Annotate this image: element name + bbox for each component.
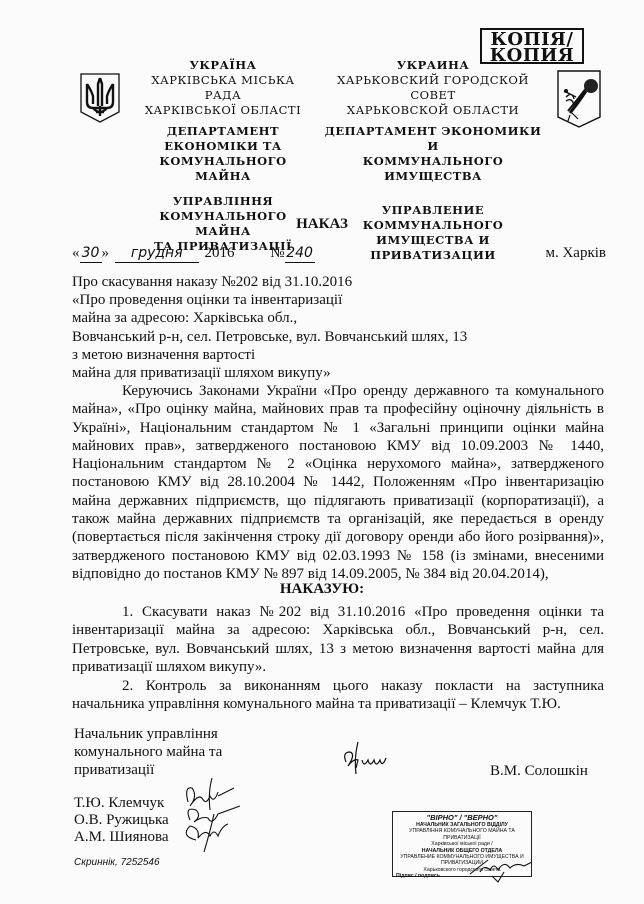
number-label: № — [270, 245, 284, 261]
subject-line: з метою визначення вартості — [72, 346, 467, 364]
preamble-paragraph: Керуючись Законами України «Про оренду д… — [72, 382, 604, 583]
header-left-department-1: ДЕПАРТАМЕНТ — [138, 124, 308, 139]
header-right-department-1: ДЕПАРТАМЕНТ ЭКОНОМИКИ И — [322, 124, 544, 154]
header-left-country: УКРАЇНА — [138, 58, 308, 73]
date-day: 30 — [80, 244, 102, 263]
verno-stamp-line: УПРАВЛІННЯ КОМУНАЛЬНОГО МАЙНА ТА ПРИВАТИ… — [393, 828, 531, 841]
order-number: 240 — [285, 244, 315, 263]
header-left-department-3: КОМУНАЛЬНОГО МАЙНА — [138, 154, 308, 184]
signatory-title: Начальник управління комунального майна … — [74, 725, 222, 779]
ukraine-coat-of-arms-icon — [79, 72, 121, 124]
header-left-office-1: УПРАВЛІННЯ — [138, 194, 308, 209]
date-quote-open: « — [72, 245, 80, 261]
order-subject: Про скасування наказу №202 від 31.10.201… — [72, 273, 467, 382]
copy-stamp: КОПІЯ/ КОПИЯ — [480, 28, 584, 64]
header-left-department-2: ЕКОНОМІКИ ТА — [138, 139, 308, 154]
approvers-list: Т.Ю. Клемчук О.В. Ружицька А.М. Шиянова — [74, 795, 169, 846]
header-right-council-1: ХАРЬКОВСКИЙ ГОРОДСКОЙ СОВЕТ — [322, 73, 544, 103]
approver-name: А.М. Шиянова — [74, 829, 169, 846]
subject-line: майна за адресою: Харківська обл., — [72, 309, 467, 327]
subject-line: майна для приватизації шляхом викупу» — [72, 364, 467, 382]
header-left-council-2: ХАРКІВСЬКОЇ ОБЛАСТІ — [138, 103, 308, 118]
date-line: «30» грудня 2016 №240 м. Харків — [72, 244, 606, 263]
signatory-title-line: Начальник управління — [74, 725, 222, 743]
copy-stamp-line-2: КОПИЯ — [482, 48, 582, 64]
document-title: НАКАЗ — [0, 216, 644, 233]
subject-line: «Про проведення оцінки та інвентаризації — [72, 291, 467, 309]
signatory-name: В.М. Солошкін — [490, 763, 588, 780]
handwritten-signature-icon — [340, 738, 390, 778]
stamp-signature-icon — [466, 850, 536, 884]
decree-item-2: 2. Контроль за виконанням цього наказу п… — [72, 677, 604, 714]
header-right-council-2: ХАРЬКОВСКОЙ ОБЛАСТИ — [322, 103, 544, 118]
approver-name: О.В. Ружицька — [74, 812, 169, 829]
approver-signatures-icon — [168, 776, 258, 856]
decree-heading: НАКАЗУЮ: — [0, 581, 644, 598]
approver-name: Т.Ю. Клемчук — [74, 795, 169, 812]
date-month: грудня — [115, 244, 199, 263]
executor-info: Скриннік, 7252546 — [74, 857, 160, 868]
subject-line: Про скасування наказу №202 від 31.10.201… — [72, 273, 467, 291]
subject-line: Вовчанський р-н, сел. Петровське, вул. В… — [72, 328, 467, 346]
verno-stamp-title: "ВІРНО" / "ВЕРНО" — [393, 814, 531, 822]
header-left-council-1: ХАРКІВСЬКА МІСЬКА РАДА — [138, 73, 308, 103]
decree-item-1: 1. Скасувати наказ №202 від 31.10.2016 «… — [72, 603, 604, 676]
date-year: 2016 — [205, 245, 235, 261]
signatory-title-line: комунального майна та — [74, 743, 222, 761]
date-quote-close: » — [102, 245, 110, 261]
header-right-department-2: КОММУНАЛЬНОГО ИМУЩЕСТВА — [322, 154, 544, 184]
city: м. Харків — [545, 244, 606, 262]
kharkiv-coat-of-arms-icon — [556, 69, 602, 129]
